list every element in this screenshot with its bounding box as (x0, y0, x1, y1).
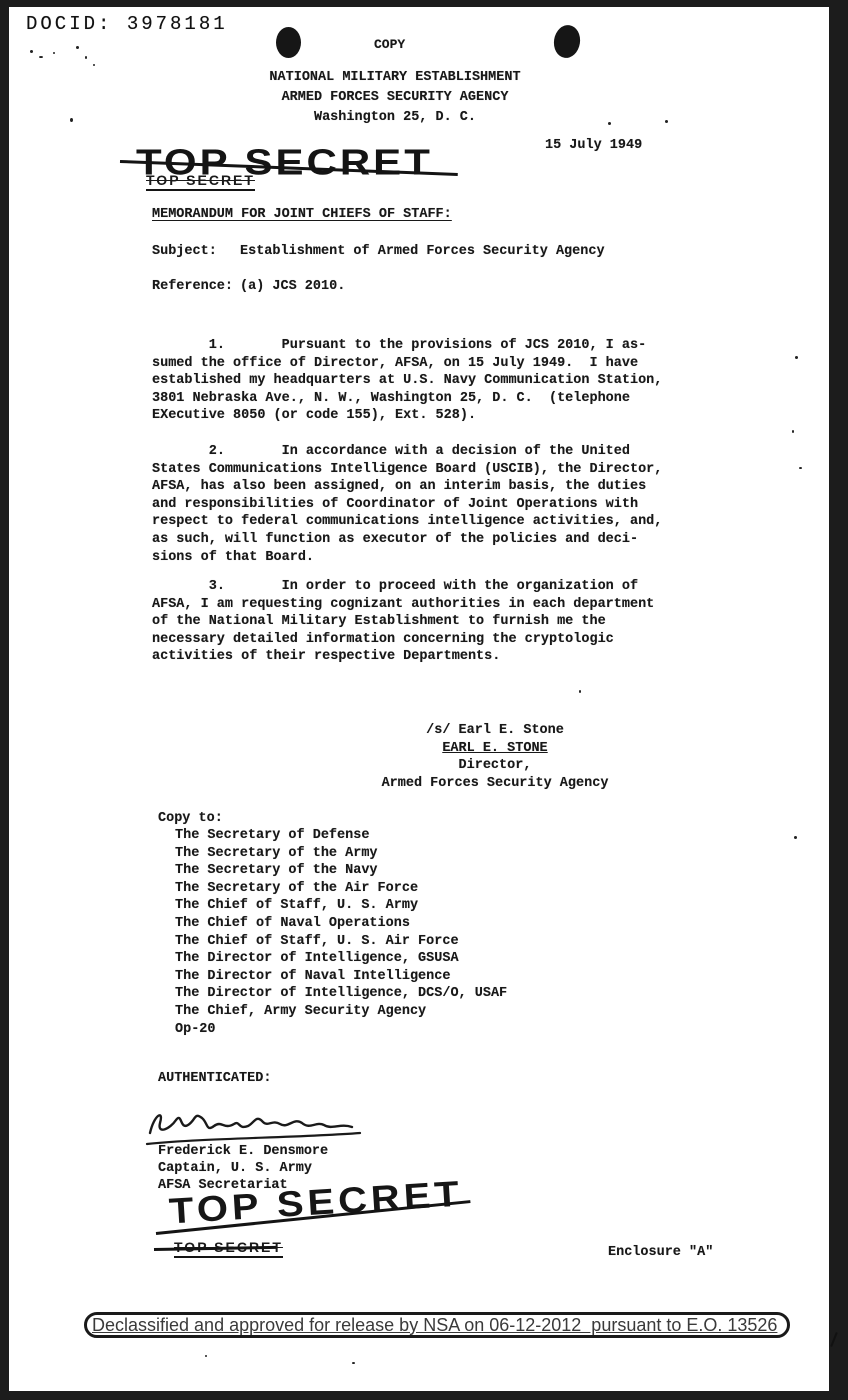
date: 15 July 1949 (545, 137, 642, 155)
copy-to-item: The Chief of Staff, U. S. Army (175, 897, 507, 915)
subject-label: Subject: (152, 243, 217, 261)
ink-speck (85, 56, 87, 59)
copy-to-item: The Chief of Naval Operations (175, 915, 507, 933)
hole-punch-mark (276, 27, 301, 58)
ink-speck (794, 836, 797, 839)
ink-speck (39, 56, 43, 58)
top-secret-small-top: TOP SECRET (146, 172, 255, 191)
reference-value: (a) JCS 2010. (240, 278, 345, 296)
scan-edge-right (829, 4, 848, 1400)
letterhead-line-1: NATIONAL MILITARY ESTABLISHMENT (195, 68, 595, 88)
enclosure-label: Enclosure "A" (608, 1244, 713, 1262)
ink-speck (792, 430, 794, 433)
copy-to-item: The Chief, Army Security Agency (175, 1003, 507, 1021)
ink-speck (579, 690, 581, 693)
ink-speck (76, 46, 79, 49)
signed-initials-line: /s/ Earl E. Stone (378, 722, 612, 740)
ink-speck (665, 120, 668, 123)
letterhead: NATIONAL MILITARY ESTABLISHMENT ARMED FO… (195, 68, 595, 128)
signature-block: /s/ Earl E. Stone EARL E. STONE Director… (378, 722, 612, 792)
signer-agency: Armed Forces Security Agency (378, 775, 612, 793)
copy-to-item: The Director of Naval Intelligence (175, 968, 507, 986)
copy-to-label: Copy to: (158, 810, 223, 828)
copy-to-item: The Secretary of the Air Force (175, 880, 507, 898)
ink-speck (30, 50, 33, 53)
reference-label: Reference: (152, 278, 233, 296)
authenticator-rank: Captain, U. S. Army (158, 1160, 312, 1178)
scan-edge-bottom (0, 1391, 848, 1400)
authenticator-name: Frederick E. Densmore (158, 1143, 328, 1161)
scan-edge-top (0, 0, 848, 7)
ink-speck (608, 122, 611, 125)
copy-to-item: The Secretary of Defense (175, 827, 507, 845)
copy-label: COPY (374, 36, 405, 54)
declassification-banner: Declassified and approved for release by… (84, 1312, 790, 1338)
memo-heading: MEMORANDUM FOR JOINT CHIEFS OF STAFF: (152, 206, 452, 224)
ink-speck (352, 1362, 355, 1364)
copy-to-list: The Secretary of Defense The Secretary o… (175, 827, 507, 1038)
ink-speck (799, 467, 802, 469)
docid-label: DOCID: 3978181 (26, 16, 228, 34)
ink-speck (795, 356, 798, 359)
copy-to-item: The Secretary of the Army (175, 845, 507, 863)
scan-edge-left (0, 0, 9, 1400)
copy-to-item: Op-20 (175, 1021, 507, 1039)
paragraph-3: 3. In order to proceed with the organiza… (152, 578, 672, 666)
paragraph-2: 2. In accordance with a decision of the … (152, 443, 672, 566)
copy-to-item: The Chief of Staff, U. S. Air Force (175, 933, 507, 951)
ink-speck (93, 64, 95, 66)
declassification-text: Declassified and approved for release by… (92, 1315, 777, 1336)
signer-title: Director, (378, 757, 612, 775)
copy-to-item: The Director of Intelligence, GSUSA (175, 950, 507, 968)
ink-speck (205, 1355, 207, 1357)
authenticated-label: AUTHENTICATED: (158, 1070, 271, 1088)
copy-to-item: The Director of Intelligence, DCS/O, USA… (175, 985, 507, 1003)
signer-name: EARL E. STONE (378, 740, 612, 758)
subject-value: Establishment of Armed Forces Security A… (240, 243, 605, 261)
letterhead-line-2: ARMED FORCES SECURITY AGENCY (195, 88, 595, 108)
hole-punch-mark (552, 23, 583, 60)
paragraph-1: 1. Pursuant to the provisions of JCS 201… (152, 337, 672, 425)
scanned-memo-page: DOCID: 3978181 COPY NATIONAL MILITARY ES… (0, 0, 848, 1400)
letterhead-line-3: Washington 25, D. C. (195, 108, 595, 128)
copy-to-item: The Secretary of the Navy (175, 862, 507, 880)
ink-speck (53, 52, 55, 54)
ink-speck (70, 118, 73, 122)
